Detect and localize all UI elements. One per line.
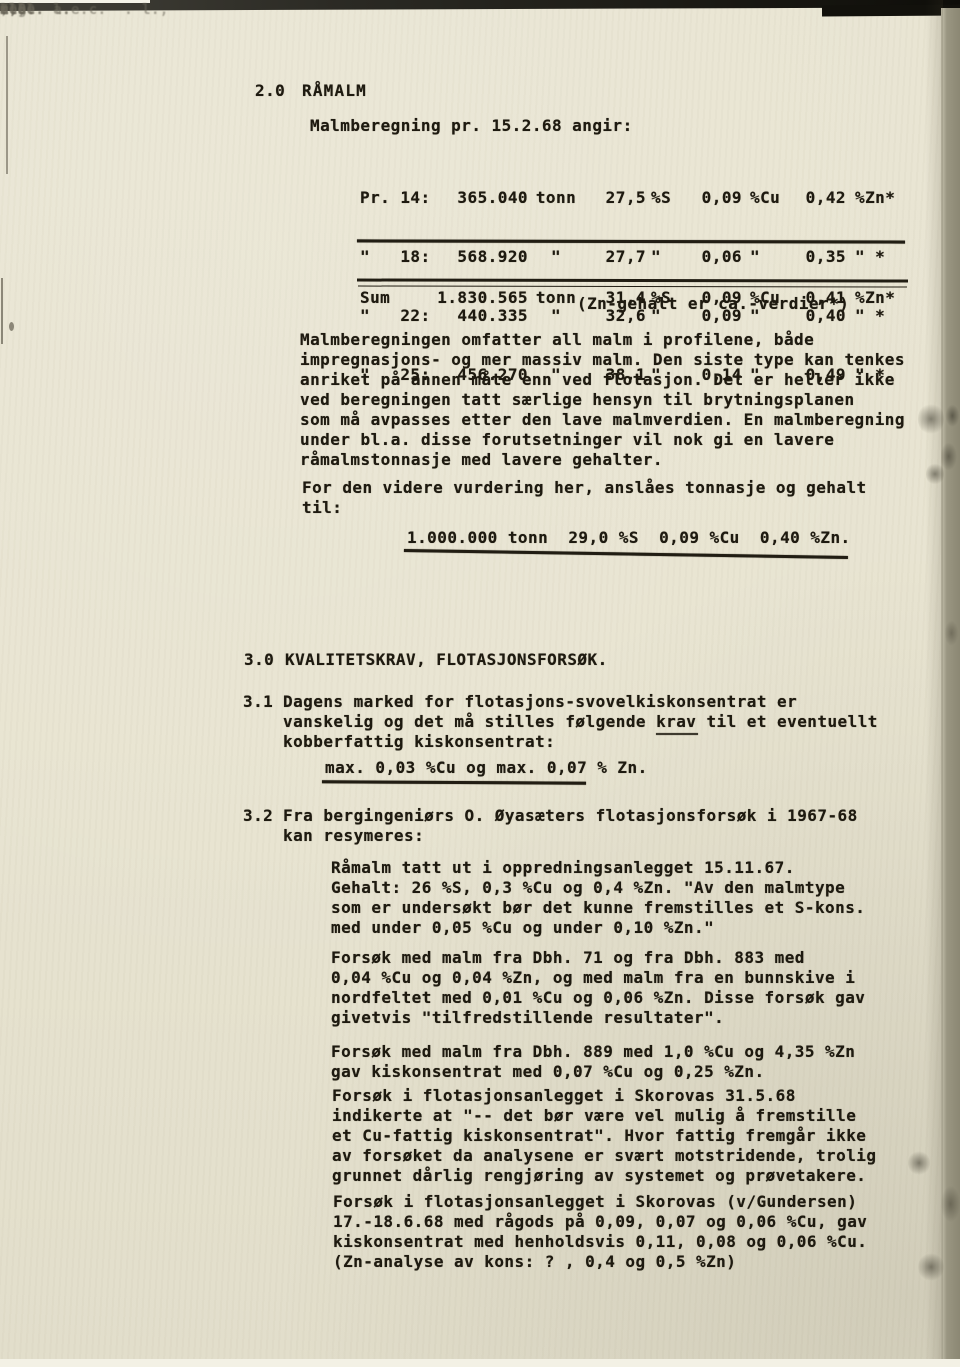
section-3-1-text: Dagens marked for flotasjons-svovelkisko… [283,692,878,752]
text-line: Gehalt: 26 %S, 0,3 %Cu og 0,4 %Zn. "Av d… [331,878,865,898]
text-line: kan resymeres: [283,826,858,846]
section-3-2-number: 3.2 [243,806,273,826]
scanned-document-page: 2.0 RÅMALM Malmberegning pr. 15.2.68 ang… [0,0,960,1367]
paragraph-ore-calculation: Malmberegningen omfatter all malm i prof… [300,330,905,470]
text-line: til: [302,498,867,518]
flotation-paragraph-3: Forsøk med malm fra Dbh. 889 med 1,0 %Cu… [331,1042,855,1082]
text-line: Fra bergingeniørs O. Øyasæters flotasjon… [283,806,858,826]
section-3-1-number: 3.1 [243,692,273,712]
text-line: gav kiskonsentrat med 0,07 %Cu og 0,25 %… [331,1062,855,1082]
flotation-paragraph-1: Råmalm tatt ut i oppredningsanlegget 15.… [331,858,865,938]
scan-edge-right-band [941,8,960,1367]
text-line: indikerte at "-- det bør være vel mulig … [332,1106,876,1126]
cell-unit: tonn [528,188,584,207]
text-line: av forsøket da analysene er svært motstr… [332,1146,876,1166]
ore-calculation-intro: Malmberegning pr. 15.2.68 angir: [310,116,633,136]
cell-cu-unit: %Cu [742,188,794,207]
text-line: vanskelig og det må stilles følgende kra… [283,712,878,732]
requirement-underline [322,780,586,784]
cell-s: 27,5 [584,188,646,207]
section-2-number: 2.0 [255,81,285,101]
text-line: 0,04 %Cu og 0,04 %Zn, og med malm fra en… [331,968,865,988]
text-line: grunnet dårlig rengjøring av systemet og… [332,1166,876,1186]
flotation-paragraph-4: Forsøk i flotasjonsanlegget i Skorovas 3… [332,1086,876,1186]
cell-unit: tonn [528,288,584,307]
cell-tonnage: 1.830.565 [436,288,528,307]
text-line: impregnasjons- og mer massiv malm. Den s… [300,350,905,370]
krav-underline [656,733,698,735]
cell-period: Pr. 14: [360,188,436,207]
flotation-paragraph-5: Forsøk i flotasjonsanlegget i Skorovas (… [333,1192,867,1272]
scan-bottom-sliver [0,1359,960,1367]
text-line: kiskonsentrat med henholdsvis 0,11, 0,08… [333,1232,867,1252]
text-line: som må avpasses etter den lave malmverdi… [300,410,905,430]
text-line: Råmalm tatt ut i oppredningsanlegget 15.… [331,858,865,878]
cell-tonnage: 365.040 [436,188,528,207]
text-line: anriket på annen måte enn ved flotasjon.… [300,370,905,390]
scan-speckle [926,462,944,486]
section-3-number: 3.0 [244,650,274,670]
text-line: nordfeltet med 0,01 %Cu og 0,06 %Zn. Dis… [331,988,865,1008]
text-line: Forsøk med malm fra Dbh. 71 og fra Dbh. … [331,948,865,968]
text-line: under bl.a. disse forutsetninger vil nok… [300,430,905,450]
scan-speckle [918,1252,944,1282]
text-line: Dagens marked for flotasjons-svovelkisko… [283,692,878,712]
text-line: ved beregningen tatt særlige hensyn til … [300,390,905,410]
text-line: et Cu-fattig kiskonsentrat". Hvor fattig… [332,1126,876,1146]
estimate-underline [404,549,848,558]
zn-note: (Zn-gehalt er ca.-verdier*) [577,294,849,314]
cell-cu: 0,09 [684,188,742,207]
footer-smudge: . ,e a. .c. . l., [0,0,169,20]
text-line: råmalmstonnasje med lavere gehalter. [300,450,905,470]
flotation-paragraph-2: Forsøk med malm fra Dbh. 71 og fra Dbh. … [331,948,865,1028]
text-line: Forsøk i flotasjonsanlegget i Skorovas (… [333,1192,867,1212]
scan-left-dot [9,322,14,331]
section-2-title: RÅMALM [302,81,367,101]
cell-zn-unit: %Zn* [846,288,895,307]
scan-left-mark [6,36,8,174]
quality-requirement-line: max. 0,03 %Cu og max. 0,07 % Zn. [325,758,648,778]
text-line: med under 0,05 %Cu og under 0,10 %Zn." [331,918,865,938]
text-line: Malmberegningen omfatter all malm i prof… [300,330,905,350]
ore-table-row: Pr. 14:365.040tonn27,5%S0,09%Cu0,42%Zn* [360,188,895,207]
text-line: Forsøk i flotasjonsanlegget i Skorovas 3… [332,1086,876,1106]
scan-left-mark [1,278,3,344]
text-line: 17.-18.6.68 med rågods på 0,09, 0,07 og … [333,1212,867,1232]
text-line: givetvis "tilfredstillende resultater". [331,1008,865,1028]
section-3-2-text: Fra bergingeniørs O. Øyasæters flotasjon… [283,806,858,846]
text-line: som er undersøkt bør det kunne fremstill… [331,898,865,918]
section-3-title: KVALITETSKRAV, FLOTASJONSFORSØK. [285,650,608,670]
cell-zn-unit: %Zn* [846,188,895,207]
cell-zn: 0,42 [794,188,846,207]
tonnage-estimate-line: 1.000.000 tonn 29,0 %S 0,09 %Cu 0,40 %Zn… [407,528,851,548]
scan-speckle [908,1150,930,1176]
cell-period: Sum [360,288,436,307]
scan-speckle [918,402,944,436]
text-line: Forsøk med malm fra Dbh. 889 med 1,0 %Cu… [331,1042,855,1062]
text-line: (Zn-analyse av kons: ? , 0,4 og 0,5 %Zn) [333,1252,867,1272]
cell-s-unit: %S [646,188,684,207]
text-line: kobberfattig kiskonsentrat: [283,732,878,752]
paragraph-estimate-intro: For den videre vurdering her, anslåes to… [302,478,867,518]
text-line: For den videre vurdering her, anslåes to… [302,478,867,498]
